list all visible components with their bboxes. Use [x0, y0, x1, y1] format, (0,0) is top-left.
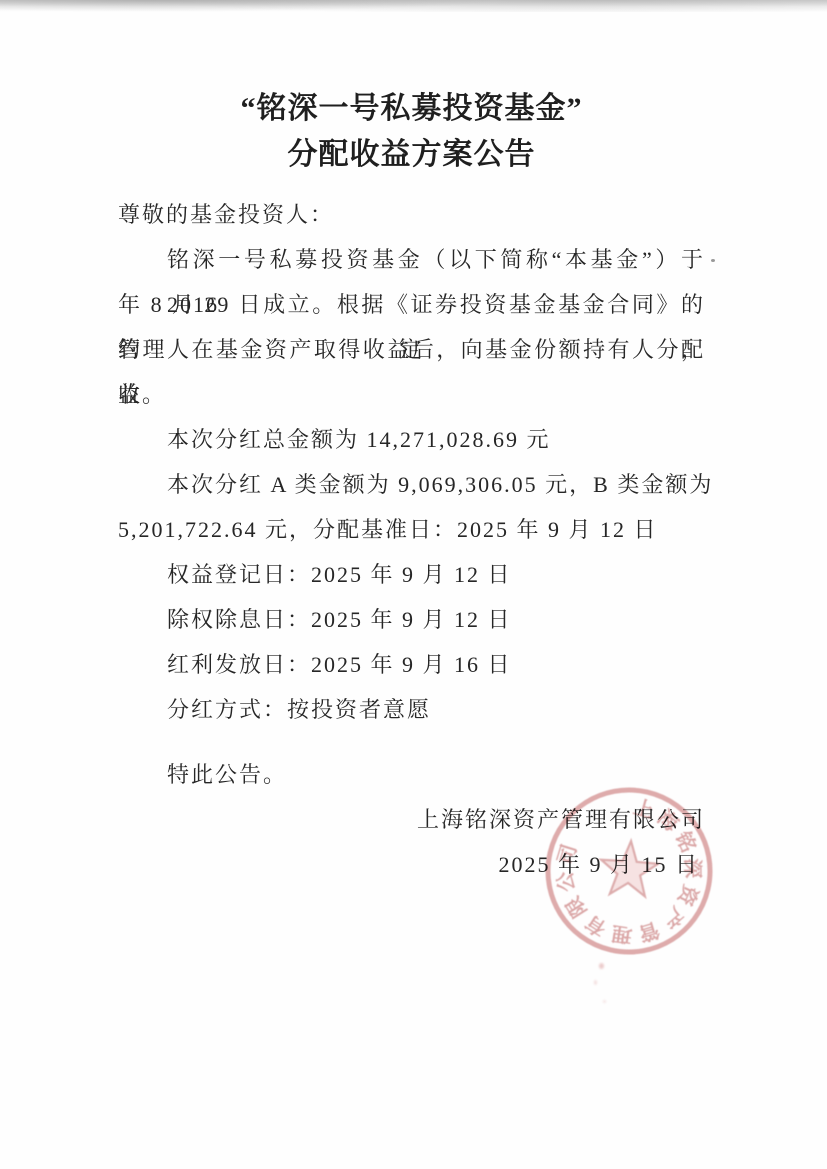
- ink-speck: [594, 980, 597, 985]
- company-seal-stamp: 上海铭深资产管理有限公司: [534, 776, 724, 966]
- paragraph1-line4: 益。: [118, 372, 705, 417]
- paragraph1-line3: 管理人在基金资产取得收益后，向基金份额持有人分配收: [118, 327, 705, 372]
- spacer: [118, 178, 705, 192]
- star-icon: [592, 835, 669, 911]
- payment-date-line: 红利发放日：2025 年 9 月 16 日: [118, 642, 705, 687]
- paragraph1-line2: 年 8 月 29 日成立。根据《证券投资基金基金合同》的约定，: [118, 282, 705, 327]
- ink-speck: [603, 1000, 606, 1003]
- ex-dividend-date-line: 除权除息日：2025 年 9 月 12 日: [118, 597, 705, 642]
- document-title-line1: “铭深一号私募投资基金”: [118, 86, 705, 132]
- ink-speck: [599, 963, 604, 969]
- announcement-document: “铭深一号私募投资基金” 分配收益方案公告 尊敬的基金投资人： 铭深一号私募投资…: [0, 0, 827, 1169]
- greeting-line: 尊敬的基金投资人：: [118, 192, 705, 237]
- document-title-line2: 分配收益方案公告: [118, 132, 705, 178]
- scan-speck: [711, 259, 715, 262]
- paragraph1-line1: 铭深一号私募投资基金（以下简称“本基金”）于 2016: [118, 237, 705, 282]
- class-a-amount-line: 本次分红 A 类金额为 9,069,306.05 元，B 类金额为: [118, 462, 705, 507]
- document-content: “铭深一号私募投资基金” 分配收益方案公告 尊敬的基金投资人： 铭深一号私募投资…: [0, 0, 827, 887]
- spacer: [118, 732, 705, 752]
- total-dividend-line: 本次分红总金额为 14,271,028.69 元: [118, 417, 705, 462]
- record-date-line: 权益登记日：2025 年 9 月 12 日: [118, 552, 705, 597]
- dividend-method-line: 分红方式：按投资者意愿: [118, 687, 705, 732]
- class-b-amount-line: 5,201,722.64 元，分配基准日：2025 年 9 月 12 日: [118, 507, 705, 552]
